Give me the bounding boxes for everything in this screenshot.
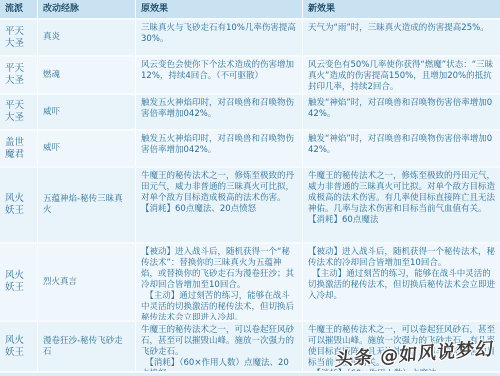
new-effect-cell: 触发“神焰”时，对召唤兽和召唤物伤害倍率增加042%。	[303, 131, 500, 166]
new-effect-cell: 天气为“雨”时，三昧真火造成的伤害提高25%。	[303, 20, 500, 55]
table-row: 平天大圣 真炎 三昧真火与飞砂走石有10%几率伤害提高30%。 天气为“雨”时，…	[0, 20, 500, 57]
original-effect-cell: 牛魔王的秘传法术之一，可以卷起狂风砂石，甚至可以摧毁山峰。施放一次强力的飞砂走石…	[136, 322, 303, 371]
original-effect-cell: 三昧真火与飞砂走石有10%几率伤害提高30%。	[136, 20, 303, 55]
skill-cell: 烈火真言	[38, 244, 136, 320]
school-cell: 平天大圣	[0, 57, 38, 93]
school-cell: 平天大圣	[0, 95, 38, 129]
skill-cell: 五蕴神焰-秘传三昧真火	[38, 168, 136, 242]
skill-cell: 真炎	[38, 20, 136, 55]
new-effect-cell: 【被动】进入战斗后，随机获得一个秘传法术，秘传法术的冷却回合皆增加至10回合。 …	[303, 244, 500, 320]
table-row: 风火妖王 漫卷狂沙-秘传飞砂走石 牛魔王的秘传法术之一，可以卷起狂风砂石，甚至可…	[0, 322, 500, 373]
original-effect-cell: 牛魔王的秘传法术之一，修炼至极致的丹田元气，威力非普通的三昧真火可比拟，对单个敌…	[136, 168, 303, 242]
school-cell: 平天大圣	[0, 20, 38, 55]
table-row: 风火妖王 五蕴神焰-秘传三昧真火 牛魔王的秘传法术之一，修炼至极致的丹田元气，威…	[0, 168, 500, 244]
skill-cell: 燃魂	[38, 57, 136, 93]
school-cell: 风火妖王	[0, 244, 38, 320]
table-row: 平天大圣 威吓 触发五火神焰印时，对召唤兽和召唤物伤害倍率增加042%。 触发“…	[0, 95, 500, 131]
skill-cell: 漫卷狂沙-秘传飞砂走石	[38, 322, 136, 371]
school-cell: 盖世魔君	[0, 131, 38, 166]
school-cell: 风火妖王	[0, 322, 38, 371]
table-row: 盖世魔君 威吓 触发五火神焰印时，对召唤兽和召唤物伤害倍率增加042%。 触发“…	[0, 131, 500, 168]
original-effect-cell: 触发五火神焰印时，对召唤兽和召唤物伤害倍率增加042%。	[136, 131, 303, 166]
table-row: 风火妖王 烈火真言 【被动】进入战斗后，随机获得一个“秘传法术”：替换你的三昧真…	[0, 244, 500, 322]
new-effect-cell: 触发“神焰”时，对召唤兽和召唤物伤害倍率增加042%。	[303, 95, 500, 129]
table-header-row: 流派 改动经脉 原效果 新效果	[0, 0, 500, 20]
skill-cell: 威吓	[38, 131, 136, 166]
original-effect-cell: 【被动】进入战斗后，随机获得一个“秘传法术”：替换你的三昧真火为五蕴神焰，或替换…	[136, 244, 303, 320]
header-original-effect: 原效果	[136, 0, 303, 18]
skill-change-table: 流派 改动经脉 原效果 新效果 平天大圣 真炎 三昧真火与飞砂走石有10%几率伤…	[0, 0, 500, 376]
new-effect-cell: 牛魔王的秘传法术之一，修炼至极致的丹田元气，威力非普通的三昧真火可比拟。对单个敌…	[303, 168, 500, 242]
new-effect-cell: 牛魔王的秘传法术之一，可以卷起狂风砂石，甚至可以摧毁山峰。施放一次强力的飞砂走石…	[303, 322, 500, 371]
original-effect-cell: 风云变色会使你下个法术造成的伤害增加12%，持续4回合。（不可驱散）	[136, 57, 303, 93]
skill-cell: 威吓	[38, 95, 136, 129]
table-row: 平天大圣 燃魂 风云变色会使你下个法术造成的伤害增加12%，持续4回合。（不可驱…	[0, 57, 500, 95]
header-skill: 改动经脉	[38, 0, 136, 18]
new-effect-cell: 风云变色有50%几率使你获得“燃魔”状态：“三昧真火”造成的伤害提高150%，且…	[303, 57, 500, 93]
header-school: 流派	[0, 0, 38, 18]
original-effect-cell: 触发五火神焰印时，对召唤兽和召唤物伤害倍率增加042%。	[136, 95, 303, 129]
school-cell: 风火妖王	[0, 168, 38, 242]
header-new-effect: 新效果	[303, 0, 500, 18]
